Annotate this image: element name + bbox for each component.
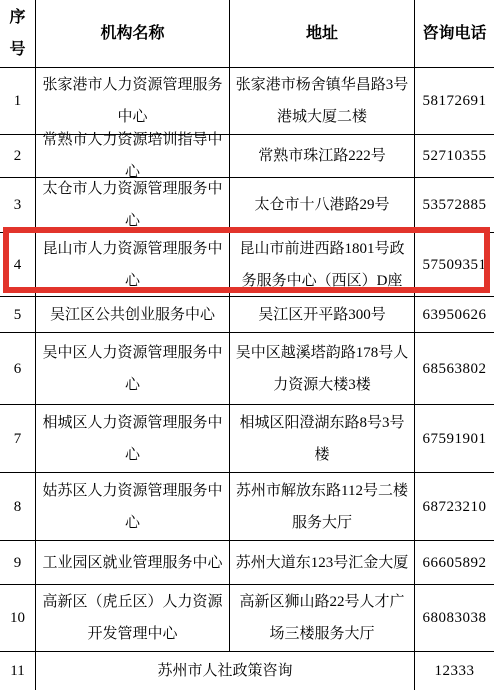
cell-phone: 58172691 [415,68,494,135]
cell-address: 高新区狮山路22号人才广场三楼服务大厅 [230,585,415,652]
header-serial-number: 序 号 [0,0,36,68]
table-row: 10 高新区（虎丘区）人力资源开发管理中心 高新区狮山路22号人才广场三楼服务大… [0,585,494,652]
cell-serial: 8 [0,473,36,541]
service-centers-table: 序 号 机构名称 地址 咨询电话 1 张家港市人力资源管理服务中心 张家港市杨舍… [0,0,494,690]
cell-phone: 68083038 [415,585,494,652]
cell-address: 吴江区开平路300号 [230,297,415,333]
cell-serial: 10 [0,585,36,652]
cell-phone: 66605892 [415,541,494,585]
header-phone: 咨询电话 [415,0,494,68]
cell-serial: 7 [0,405,36,473]
table-row-merged: 11 苏州市人社政策咨询 12333 [0,652,494,690]
cell-merged-policy: 苏州市人社政策咨询 [36,652,415,690]
cell-phone: 67591901 [415,405,494,473]
table-row: 2 常熟市人力资源培训指导中心 常熟市珠江路222号 52710355 [0,135,494,178]
cell-serial: 3 [0,178,36,233]
cell-phone: 53572885 [415,178,494,233]
cell-address: 苏州大道东123号汇金大厦 [230,541,415,585]
cell-org-name: 昆山市人力资源管理服务中心 [36,233,230,297]
header-org-name: 机构名称 [36,0,230,68]
header-address: 地址 [230,0,415,68]
table-row: 7 相城区人力资源管理服务中心 相城区阳澄湖东路8号3号楼 67591901 [0,405,494,473]
cell-org-name: 常熟市人力资源培训指导中心 [36,135,230,178]
cell-address: 苏州市解放东路112号二楼服务大厅 [230,473,415,541]
cell-phone: 68723210 [415,473,494,541]
cell-org-name: 太仓市人力资源管理服务中心 [36,178,230,233]
cell-phone: 52710355 [415,135,494,178]
cell-serial: 1 [0,68,36,135]
cell-serial: 11 [0,652,36,690]
cell-org-name: 相城区人力资源管理服务中心 [36,405,230,473]
table-row: 3 太仓市人力资源管理服务中心 太仓市十八港路29号 53572885 [0,178,494,233]
table-row-highlighted: 4 昆山市人力资源管理服务中心 昆山市前进西路1801号政务服务中心（西区）D座… [0,233,494,297]
table-header-row: 序 号 机构名称 地址 咨询电话 [0,0,494,68]
cell-org-name: 吴江区公共创业服务中心 [36,297,230,333]
cell-phone: 12333 [415,652,494,690]
table-row: 8 姑苏区人力资源管理服务中心 苏州市解放东路112号二楼服务大厅 687232… [0,473,494,541]
cell-org-name: 工业园区就业管理服务中心 [36,541,230,585]
cell-phone: 57509351 [415,233,494,297]
cell-serial: 4 [0,233,36,297]
cell-serial: 2 [0,135,36,178]
cell-org-name: 高新区（虎丘区）人力资源开发管理中心 [36,585,230,652]
cell-serial: 9 [0,541,36,585]
cell-address: 相城区阳澄湖东路8号3号楼 [230,405,415,473]
cell-address: 太仓市十八港路29号 [230,178,415,233]
cell-address: 张家港市杨舍镇华昌路3号港城大厦二楼 [230,68,415,135]
cell-serial: 5 [0,297,36,333]
cell-address: 常熟市珠江路222号 [230,135,415,178]
cell-org-name: 姑苏区人力资源管理服务中心 [36,473,230,541]
cell-phone: 68563802 [415,333,494,405]
cell-serial: 6 [0,333,36,405]
cell-phone: 63950626 [415,297,494,333]
cell-address: 昆山市前进西路1801号政务服务中心（西区）D座 [230,233,415,297]
cell-address: 吴中区越溪塔韵路178号人力资源大楼3楼 [230,333,415,405]
cell-org-name: 吴中区人力资源管理服务中心 [36,333,230,405]
table-row: 9 工业园区就业管理服务中心 苏州大道东123号汇金大厦 66605892 [0,541,494,585]
table-row: 5 吴江区公共创业服务中心 吴江区开平路300号 63950626 [0,297,494,333]
table-row: 6 吴中区人力资源管理服务中心 吴中区越溪塔韵路178号人力资源大楼3楼 685… [0,333,494,405]
